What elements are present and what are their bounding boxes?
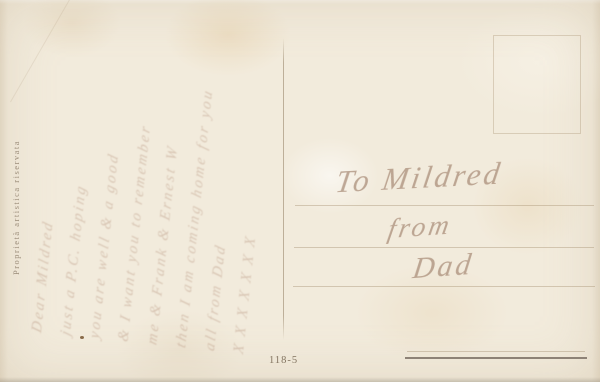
stamp-box <box>493 35 581 134</box>
bottom-rule-faint <box>407 351 585 352</box>
handwritten-from: from <box>385 210 454 247</box>
publisher-imprint: Proprietà artistica riservata <box>11 150 21 275</box>
address-rule-2 <box>294 247 594 248</box>
handwritten-signature: Dad <box>411 248 476 287</box>
address-rule-3 <box>293 286 595 287</box>
address-rule-1 <box>295 205 594 206</box>
bottom-rule-dark <box>405 357 587 359</box>
center-divider-rule <box>283 38 284 340</box>
foxing-speck <box>80 336 84 339</box>
postcard-back-scan: Proprietà artistica riservata Dear Mildr… <box>0 0 600 382</box>
handwritten-message: Dear Mildred just a P.C. hoping you are … <box>23 0 289 355</box>
handwritten-recipient: To Mildred <box>333 155 505 200</box>
card-number: 118-5 <box>269 355 298 366</box>
